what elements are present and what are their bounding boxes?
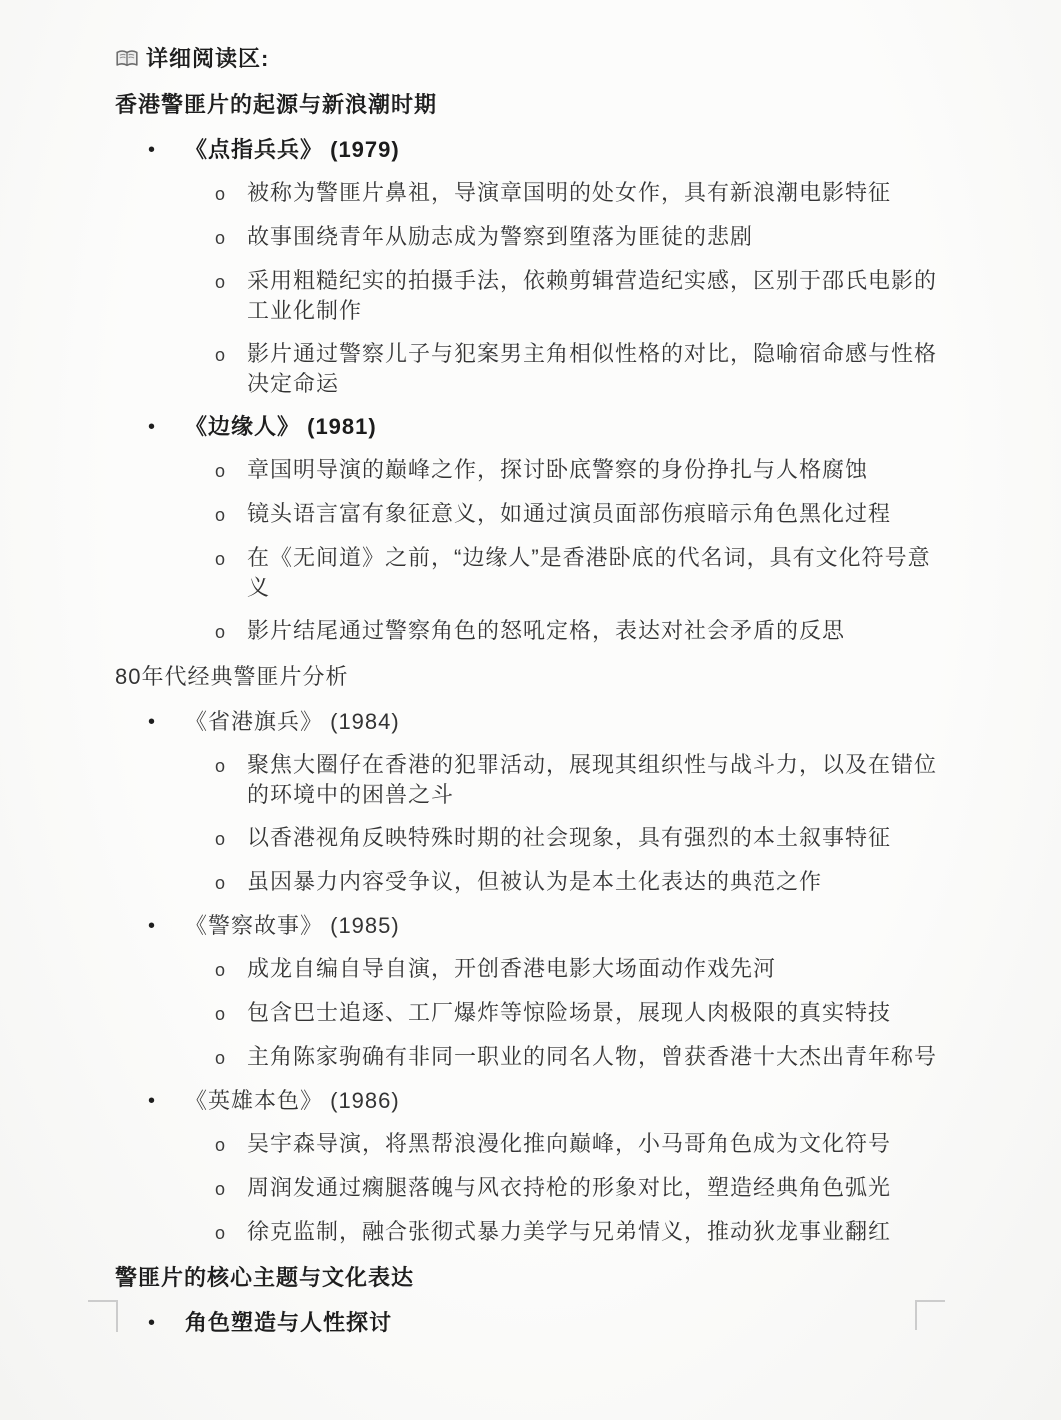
sub-list-item: o成龙自编自导自演，开创香港电影大场面动作戏先河	[215, 954, 1061, 985]
item-title: 《英雄本色》 (1986)	[185, 1086, 400, 1116]
sub-item-text: 采用粗糙纪实的拍摄手法，依赖剪辑营造纪实感，区别于邵氏电影的工业化制作	[247, 266, 947, 326]
sub-bullet-marker: o	[215, 867, 247, 898]
sub-bullet-marker: o	[215, 1129, 247, 1160]
bullet-marker: •	[148, 135, 185, 165]
bullet-marker: •	[148, 707, 185, 737]
sub-bullet-marker: o	[215, 455, 247, 486]
sub-list-item: o镜头语言富有象征意义，如通过演员面部伤痕暗示角色黑化过程	[215, 499, 1061, 530]
sub-bullet-marker: o	[215, 1042, 247, 1073]
sub-item-text: 影片通过警察儿子与犯案男主角相似性格的对比，隐喻宿命感与性格决定命运	[247, 339, 947, 399]
sub-item-text: 成龙自编自导自演，开创香港电影大场面动作戏先河	[247, 954, 947, 985]
sub-item-text: 被称为警匪片鼻祖，导演章国明的处女作，具有新浪潮电影特征	[247, 178, 947, 209]
sub-list-item: o影片通过警察儿子与犯案男主角相似性格的对比，隐喻宿命感与性格决定命运	[215, 339, 1061, 399]
sub-bullet-marker: o	[215, 750, 247, 810]
sub-list-item: o吴宇森导演，将黑帮浪漫化推向巅峰，小马哥角色成为文化符号	[215, 1129, 1061, 1160]
sub-item-text: 包含巴士追逐、工厂爆炸等惊险场景，展现人肉极限的真实特技	[247, 998, 947, 1029]
sub-bullet-marker: o	[215, 339, 247, 399]
sub-item-text: 主角陈家驹确有非同一职业的同名人物，曾获香港十大杰出青年称号	[247, 1042, 947, 1073]
section-heading: 警匪片的核心主题与文化表达	[115, 1263, 1061, 1293]
section-heading: 80年代经典警匪片分析	[115, 662, 1061, 692]
bullet-marker: •	[148, 412, 185, 442]
sub-bullet-marker: o	[215, 998, 247, 1029]
sub-item-text: 影片结尾通过警察角色的怒吼定格，表达对社会矛盾的反思	[247, 616, 947, 647]
reading-area-header: 详细阅读区:	[115, 44, 1061, 74]
page-margin-corner-right-mark	[915, 1300, 945, 1330]
sub-item-text: 以香港视角反映特殊时期的社会现象，具有强烈的本土叙事特征	[247, 823, 947, 854]
sub-list-item: o采用粗糙纪实的拍摄手法，依赖剪辑营造纪实感，区别于邵氏电影的工业化制作	[215, 266, 1061, 326]
sub-item-text: 虽因暴力内容受争议，但被认为是本土化表达的典范之作	[247, 867, 947, 898]
sub-item-text: 镜头语言富有象征意义，如通过演员面部伤痕暗示角色黑化过程	[247, 499, 947, 530]
sub-bullet-marker: o	[215, 178, 247, 209]
sub-list-item: o影片结尾通过警察角色的怒吼定格，表达对社会矛盾的反思	[215, 616, 1061, 647]
sub-item-text: 吴宇森导演，将黑帮浪漫化推向巅峰，小马哥角色成为文化符号	[247, 1129, 947, 1160]
reading-area: 详细阅读区: 香港警匪片的起源与新浪潮时期•《点指兵兵》 (1979)o被称为警…	[0, 0, 1061, 1338]
sub-list-item: o聚焦大圈仔在香港的犯罪活动，展现其组织性与战斗力，以及在错位的环境中的困兽之斗	[215, 750, 1061, 810]
sub-bullet-marker: o	[215, 499, 247, 530]
bullet-marker: •	[148, 911, 185, 941]
sub-bullet-marker: o	[215, 266, 247, 326]
list-item: •《点指兵兵》 (1979)	[148, 135, 1061, 165]
sub-bullet-marker: o	[215, 616, 247, 647]
item-title: 《点指兵兵》 (1979)	[185, 135, 400, 165]
sub-list-item: o主角陈家驹确有非同一职业的同名人物，曾获香港十大杰出青年称号	[215, 1042, 1061, 1073]
sub-item-text: 徐克监制，融合张彻式暴力美学与兄弟情义，推动狄龙事业翻红	[247, 1217, 947, 1248]
item-title: 角色塑造与人性探讨	[185, 1308, 392, 1338]
outline-content: 香港警匪片的起源与新浪潮时期•《点指兵兵》 (1979)o被称为警匪片鼻祖，导演…	[115, 90, 1061, 1338]
bullet-marker: •	[148, 1086, 185, 1116]
sub-item-text: 章国明导演的巅峰之作，探讨卧底警察的身份挣扎与人格腐蚀	[247, 455, 947, 486]
sub-bullet-marker: o	[215, 222, 247, 253]
item-title: 《边缘人》 (1981)	[185, 412, 377, 442]
sub-bullet-marker: o	[215, 1173, 247, 1204]
sub-list-item: o被称为警匪片鼻祖，导演章国明的处女作，具有新浪潮电影特征	[215, 178, 1061, 209]
sub-bullet-marker: o	[215, 823, 247, 854]
sub-list-item: o虽因暴力内容受争议，但被认为是本土化表达的典范之作	[215, 867, 1061, 898]
item-title: 《警察故事》 (1985)	[185, 911, 400, 941]
sub-list-item: o故事围绕青年从励志成为警察到堕落为匪徒的悲剧	[215, 222, 1061, 253]
document-page: 详细阅读区: 香港警匪片的起源与新浪潮时期•《点指兵兵》 (1979)o被称为警…	[0, 0, 1061, 1420]
sub-list-item: o在《无间道》之前，“边缘人”是香港卧底的代名词，具有文化符号意义	[215, 543, 1061, 603]
sub-bullet-marker: o	[215, 1217, 247, 1248]
list-item: •《边缘人》 (1981)	[148, 412, 1061, 442]
sub-item-text: 在《无间道》之前，“边缘人”是香港卧底的代名词，具有文化符号意义	[247, 543, 947, 603]
sub-bullet-marker: o	[215, 543, 247, 603]
sub-item-text: 故事围绕青年从励志成为警察到堕落为匪徒的悲剧	[247, 222, 947, 253]
open-book-icon	[115, 49, 139, 69]
sub-item-text: 周润发通过瘸腿落魄与风衣持枪的形象对比，塑造经典角色弧光	[247, 1173, 947, 1204]
sub-list-item: o周润发通过瘸腿落魄与风衣持枪的形象对比，塑造经典角色弧光	[215, 1173, 1061, 1204]
sub-list-item: o包含巴士追逐、工厂爆炸等惊险场景，展现人肉极限的真实特技	[215, 998, 1061, 1029]
bullet-marker: •	[148, 1308, 185, 1338]
list-item: •《警察故事》 (1985)	[148, 911, 1061, 941]
page-margin-corner-left-mark	[88, 1300, 118, 1332]
reading-area-title: 详细阅读区:	[146, 44, 269, 74]
list-item: •《英雄本色》 (1986)	[148, 1086, 1061, 1116]
list-item: •《省港旗兵》 (1984)	[148, 707, 1061, 737]
sub-list-item: o章国明导演的巅峰之作，探讨卧底警察的身份挣扎与人格腐蚀	[215, 455, 1061, 486]
item-title: 《省港旗兵》 (1984)	[185, 707, 400, 737]
section-heading: 香港警匪片的起源与新浪潮时期	[115, 90, 1061, 120]
sub-bullet-marker: o	[215, 954, 247, 985]
sub-list-item: o徐克监制，融合张彻式暴力美学与兄弟情义，推动狄龙事业翻红	[215, 1217, 1061, 1248]
sub-item-text: 聚焦大圈仔在香港的犯罪活动，展现其组织性与战斗力，以及在错位的环境中的困兽之斗	[247, 750, 947, 810]
sub-list-item: o以香港视角反映特殊时期的社会现象，具有强烈的本土叙事特征	[215, 823, 1061, 854]
